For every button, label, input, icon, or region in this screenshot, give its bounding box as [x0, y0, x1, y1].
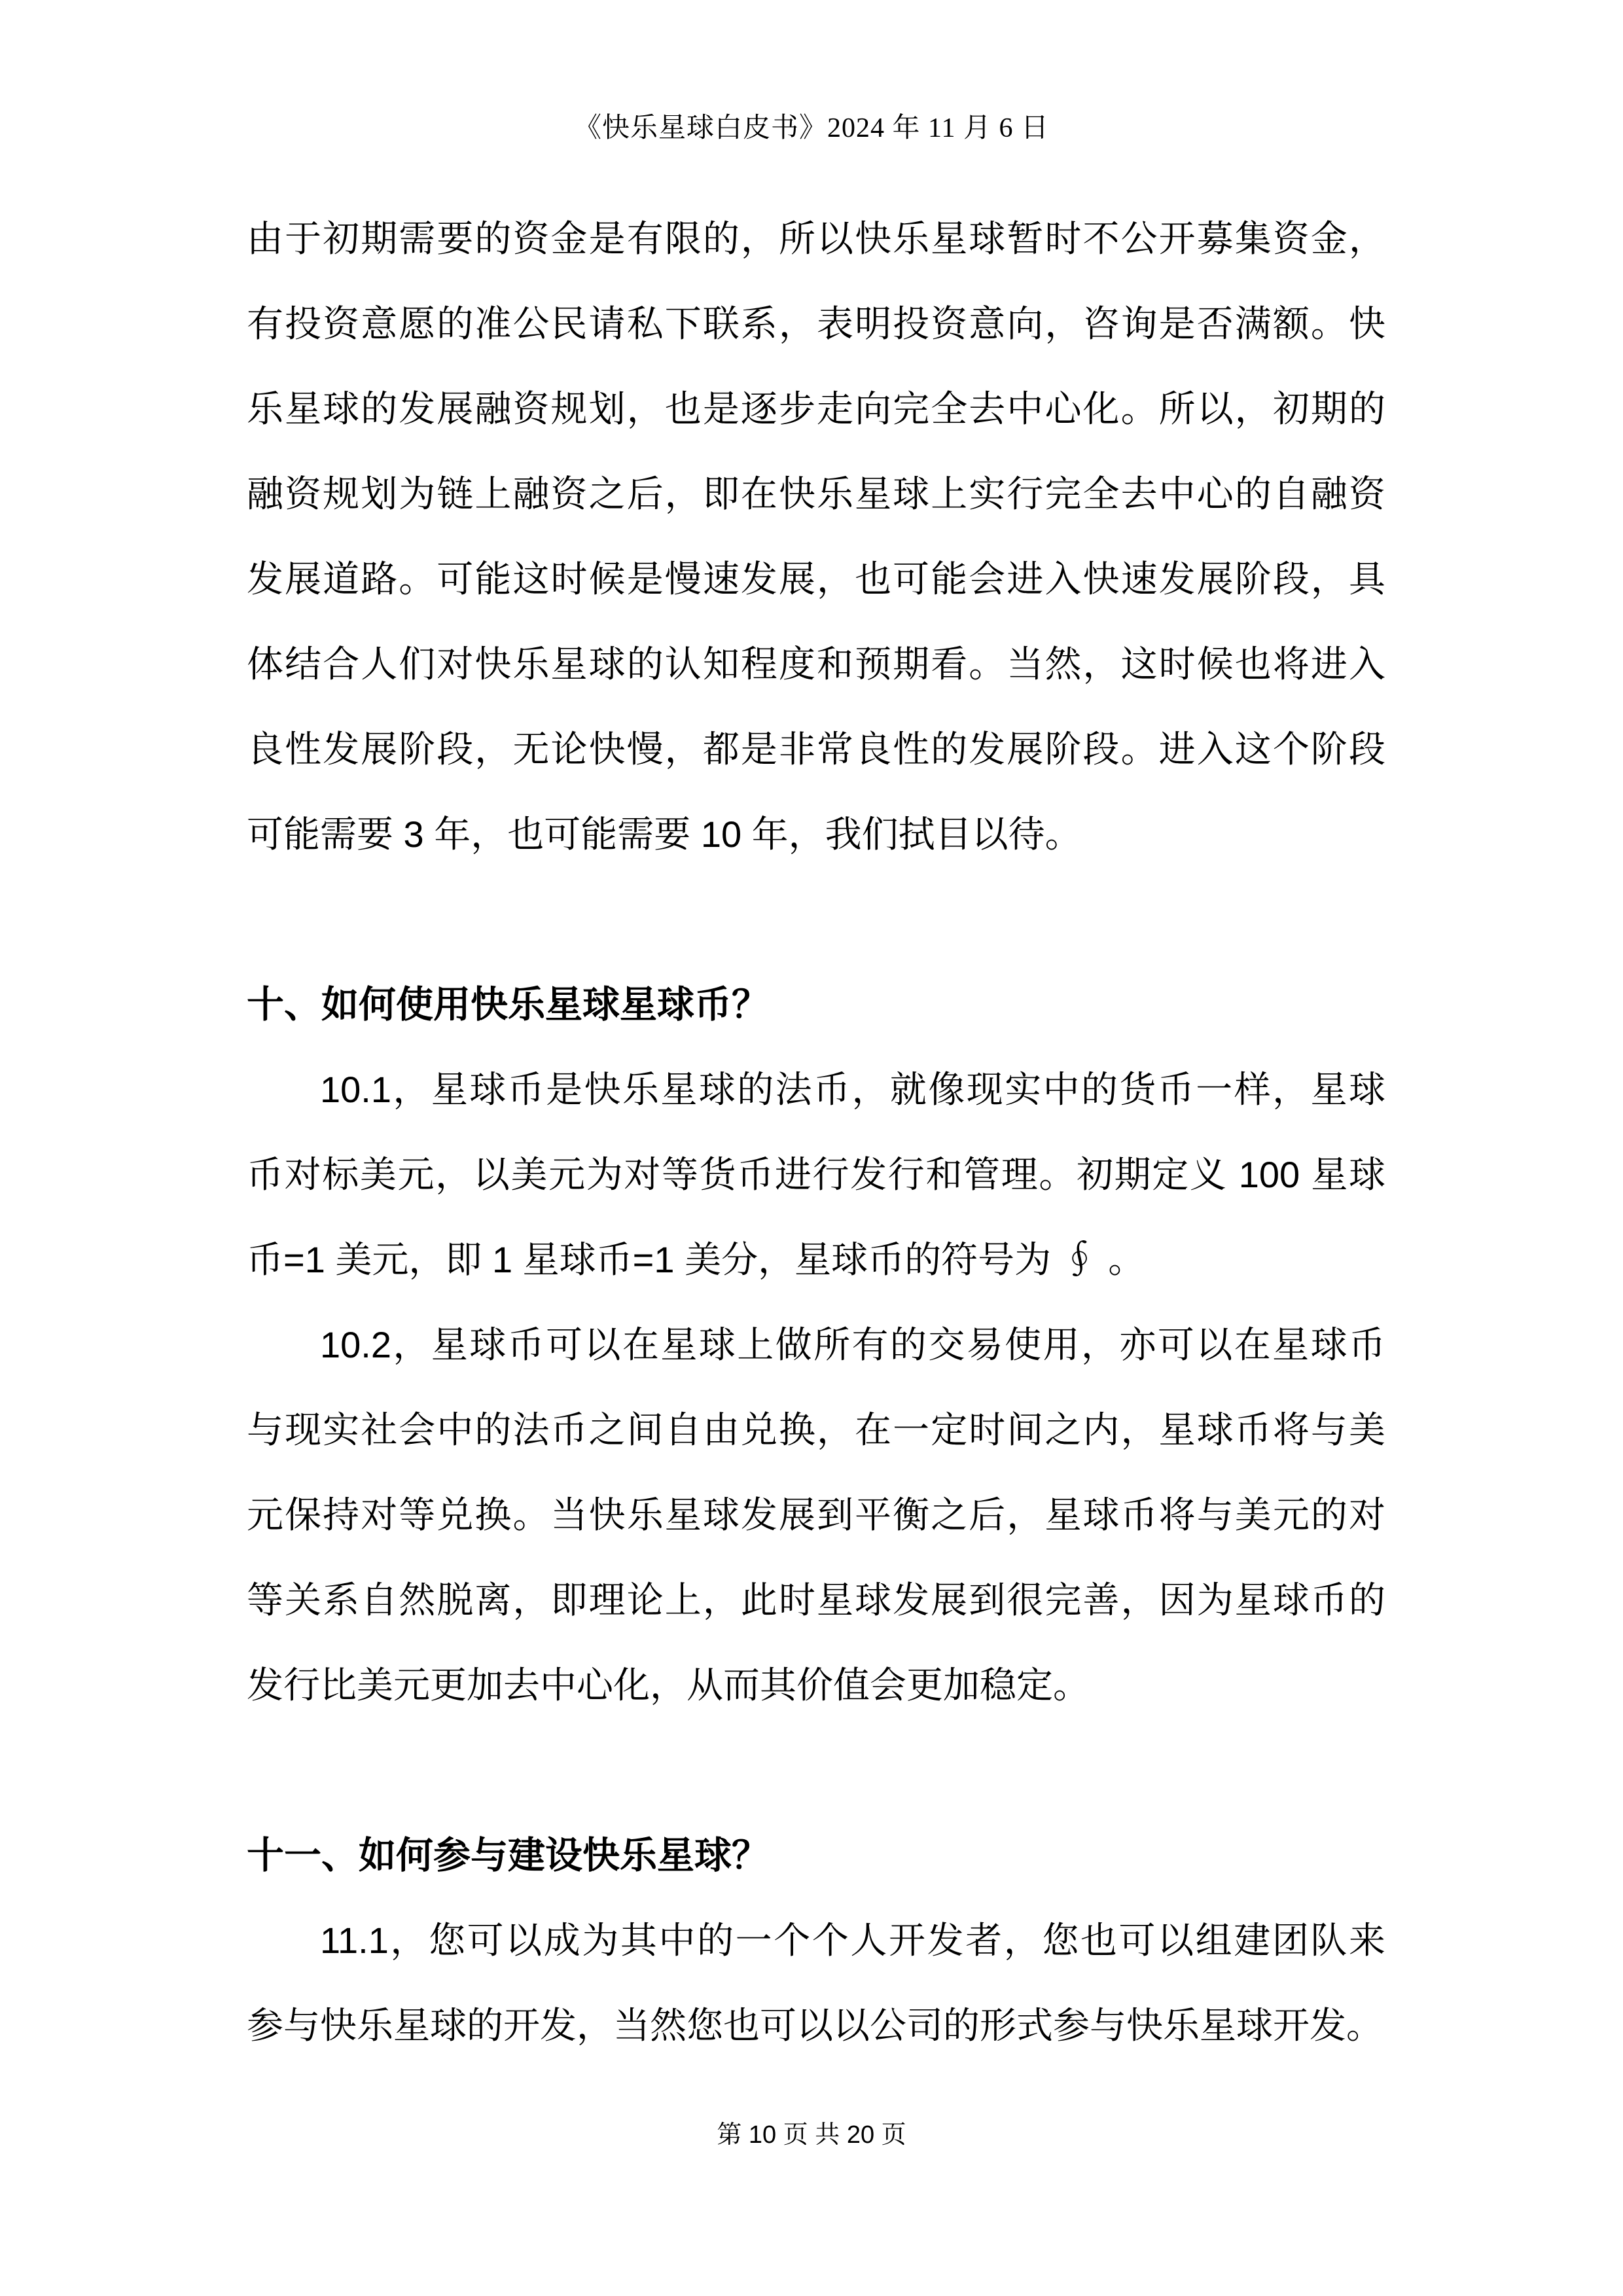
body-line: 元保持对等兑换。当快乐星球发展到平衡之后，星球币将与美元的对	[247, 1473, 1385, 1558]
section-heading-10: 十、如何使用快乐星球星球币？	[247, 962, 1385, 1047]
body-line: 可能需要 3 年，也可能需要 10 年，我们拭目以待。	[247, 792, 1385, 877]
body-line: 10.1，星球币是快乐星球的法币，就像现实中的货币一样，星球	[247, 1047, 1385, 1132]
document-page: { "header": { "title": "《快乐星球白皮书》2024 年 …	[0, 0, 1623, 2296]
body-line: 参与快乐星球的开发，当然您也可以以公司的形式参与快乐星球开发。	[247, 1983, 1385, 2068]
section-heading-11: 十一、如何参与建设快乐星球？	[247, 1813, 1385, 1898]
blank-line	[247, 877, 1385, 962]
body-line: 由于初期需要的资金是有限的，所以快乐星球暂时不公开募集资金，	[247, 196, 1385, 281]
body-line: 有投资意愿的准公民请私下联系，表明投资意向，咨询是否满额。快	[247, 281, 1385, 367]
body-line: 与现实社会中的法币之间自由兑换，在一定时间之内，星球币将与美	[247, 1388, 1385, 1473]
body-line: 10.2，星球币可以在星球上做所有的交易使用，亦可以在星球币	[247, 1302, 1385, 1388]
body-line: 等关系自然脱离，即理论上，此时星球发展到很完善，因为星球币的	[247, 1558, 1385, 1643]
document-body: 由于初期需要的资金是有限的，所以快乐星球暂时不公开募集资金， 有投资意愿的准公民…	[247, 196, 1385, 2068]
blank-line	[247, 1728, 1385, 1813]
body-line: 发展道路。可能这时候是慢速发展，也可能会进入快速发展阶段，具	[247, 537, 1385, 622]
body-line: 融资规划为链上融资之后，即在快乐星球上实行完全去中心的自融资	[247, 452, 1385, 537]
body-line: 11.1，您可以成为其中的一个个人开发者，您也可以组建团队来	[247, 1898, 1385, 1983]
body-line: 发行比美元更加去中心化，从而其价值会更加稳定。	[247, 1643, 1385, 1728]
body-line: 体结合人们对快乐星球的认知程度和预期看。当然，这时候也将进入	[247, 622, 1385, 707]
body-line: 良性发展阶段，无论快慢，都是非常良性的发展阶段。进入这个阶段	[247, 707, 1385, 792]
body-line: 乐星球的发展融资规划，也是逐步走向完全去中心化。所以，初期的	[247, 367, 1385, 452]
body-line currency-symbol-line: 币=1 美元，即 1 星球币=1 美分，星球币的符号为 ∮ 。	[247, 1217, 1385, 1302]
body-line: 币对标美元，以美元为对等货币进行发行和管理。初期定义 100 星球	[247, 1132, 1385, 1217]
page-header-title: 《快乐星球白皮书》2024 年 11 月 6 日	[0, 110, 1623, 147]
page-number-footer: 第 10 页 共 20 页	[0, 2115, 1623, 2155]
